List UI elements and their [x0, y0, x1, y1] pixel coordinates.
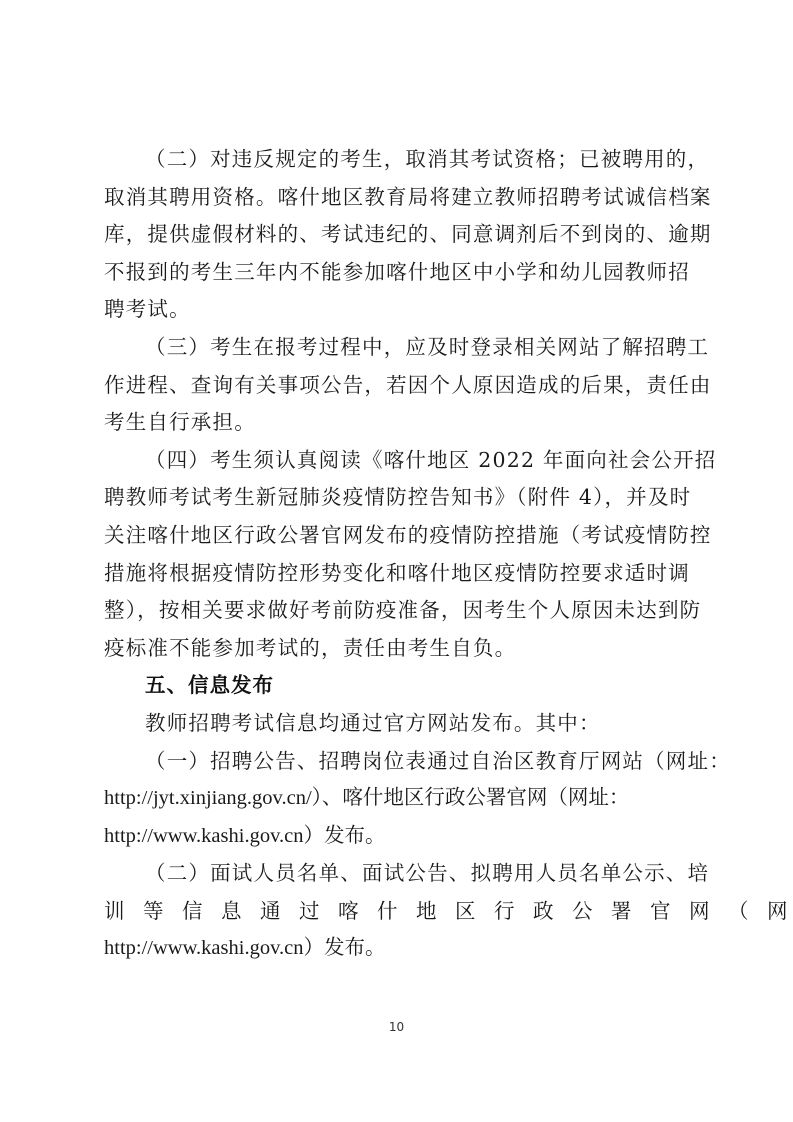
text-line: 取消其聘用资格。喀什地区教育局将建立教师招聘考试诚信档案 [104, 179, 690, 217]
text-line: 教师招聘考试信息均通过官方网站发布。其中： [104, 705, 690, 743]
text-line: 整），按相关要求做好考前防疫准备，因考生个人原因未达到防 [104, 592, 690, 630]
text-line-spread: 训等信息通过喀什地区行政公署官网（网址： [104, 893, 690, 931]
text-line: （三）考生在报考过程中，应及时登录相关网站了解招聘工 [104, 329, 690, 367]
text-line: 不报到的考生三年内不能参加喀什地区中小学和幼儿园教师招 [104, 254, 690, 292]
text-line: 聘考试。 [104, 291, 690, 329]
url-line-kashi-gov[interactable]: http://www.kashi.gov.cn）发布。 [104, 818, 690, 856]
text-line: 疫标准不能参加考试的，责任由考生自负。 [104, 630, 690, 668]
text-line: （一）招聘公告、招聘岗位表通过自治区教育厅网站（网址： [104, 743, 690, 781]
text-line: （二）面试人员名单、面试公告、拟聘用人员名单公示、培 [104, 855, 690, 893]
paragraph-item-4-epidemic: （四）考生须认真阅读《喀什地区 2022 年面向社会公开招 聘教师考试考生新冠肺… [104, 442, 690, 668]
publish-item-1: （一）招聘公告、招聘岗位表通过自治区教育厅网站（网址： http://jyt.x… [104, 743, 690, 856]
url-line-education-dept[interactable]: http://jyt.xinjiang.gov.cn/）、喀什地区行政公署官网（… [104, 780, 690, 818]
paragraph-item-2-violation: （二）对违反规定的考生，取消其考试资格；已被聘用的， 取消其聘用资格。喀什地区教… [104, 141, 690, 329]
text-line: 库，提供虚假材料的、考试违纪的、同意调剂后不到岗的、逾期 [104, 216, 690, 254]
publish-item-2: （二）面试人员名单、面试公告、拟聘用人员名单公示、培 训等信息通过喀什地区行政公… [104, 855, 690, 968]
text-line: 考生自行承担。 [104, 404, 690, 442]
text-line: 措施将根据疫情防控形势变化和喀什地区疫情防控要求适时调 [104, 555, 690, 593]
text-line: （二）对违反规定的考生，取消其考试资格；已被聘用的， [104, 141, 690, 179]
section-heading-info-release: 五、信息发布 [104, 667, 690, 705]
url-line-kashi-gov[interactable]: http://www.kashi.gov.cn）发布。 [104, 930, 690, 968]
section-intro: 教师招聘考试信息均通过官方网站发布。其中： [104, 705, 690, 743]
page-number: 10 [0, 1020, 793, 1034]
text-line: 关注喀什地区行政公署官网发布的疫情防控措施（考试疫情防控 [104, 517, 690, 555]
text-line: 作进程、查询有关事项公告，若因个人原因造成的后果，责任由 [104, 367, 690, 405]
document-body: （二）对违反规定的考生，取消其考试资格；已被聘用的， 取消其聘用资格。喀什地区教… [104, 141, 690, 968]
document-page: （二）对违反规定的考生，取消其考试资格；已被聘用的， 取消其聘用资格。喀什地区教… [0, 0, 793, 1122]
paragraph-item-3-responsibility: （三）考生在报考过程中，应及时登录相关网站了解招聘工 作进程、查询有关事项公告，… [104, 329, 690, 442]
text-line: （四）考生须认真阅读《喀什地区 2022 年面向社会公开招 [104, 442, 690, 480]
text-line: 聘教师考试考生新冠肺炎疫情防控告知书》（附件 4），并及时 [104, 479, 690, 517]
